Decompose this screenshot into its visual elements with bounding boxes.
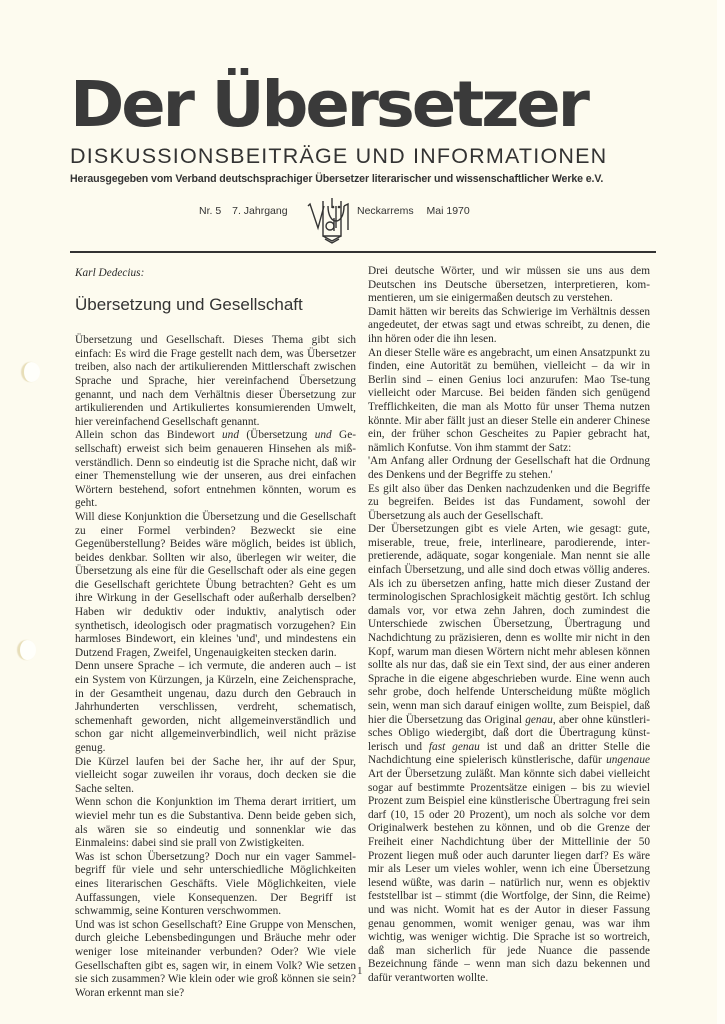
page-edge bbox=[717, 0, 725, 1024]
paragraph: Allein schon das Bindewort und (Übersetz… bbox=[75, 429, 356, 511]
magazine-subtitle: DISKUSSIONSBEITRÄGE UND INFORMATIONEN bbox=[70, 144, 660, 169]
article-column-left: Karl Dedecius: Übersetzung und Gesellsch… bbox=[75, 263, 356, 1000]
paragraph: Der Übersetzungen gibt es viele Arten, w… bbox=[368, 523, 650, 985]
punch-hole bbox=[18, 640, 36, 660]
paragraph: An dieser Stelle wäre es angebracht, um … bbox=[368, 347, 650, 456]
magazine-title: Der Übersetzer bbox=[70, 72, 684, 138]
paragraph: 'Am Anfang aller Ordnung der Gesellschaf… bbox=[368, 455, 650, 482]
issue-right: Neckarrems Mai 1970 bbox=[357, 205, 470, 217]
paragraph: Übersetzung und Gesellschaft. Dieses The… bbox=[75, 334, 356, 429]
paragraph: Und was ist schon Gesellschaft? Eine Gru… bbox=[75, 919, 356, 1001]
article-author: Karl Dedecius: bbox=[75, 267, 356, 281]
left-body: Übersetzung und Gesellschaft. Dieses The… bbox=[75, 334, 356, 1000]
page-number: 1 bbox=[357, 965, 363, 977]
issue-left: Nr. 5 7. Jahrgang bbox=[199, 205, 288, 217]
right-body: Drei deutsche Wörter, und wir müssen sie… bbox=[368, 265, 650, 985]
issue-volume: 7. Jahrgang bbox=[232, 205, 287, 217]
paragraph: Drei deutsche Wörter, und wir müssen sie… bbox=[368, 265, 650, 306]
issue-number: Nr. 5 bbox=[199, 205, 221, 217]
paragraph: Will diese Konjunktion die Übersetzung u… bbox=[75, 511, 356, 661]
paragraph: Es gilt also über das Denken nachzudenke… bbox=[368, 483, 650, 524]
masthead: Der Übersetzer DISKUSSIONSBEITRÄGE UND I… bbox=[70, 72, 660, 185]
punch-hole bbox=[22, 362, 40, 382]
paragraph: Denn unsere Sprache – ich vermute, die a… bbox=[75, 660, 356, 755]
paragraph: Wenn schon die Konjunktion im Thema dera… bbox=[75, 796, 356, 850]
paragraph: Was ist schon Übersetzung? Doch nur ein … bbox=[75, 851, 356, 919]
paragraph: Damit hätten wir bereits das Schwierige … bbox=[368, 306, 650, 347]
issue-date: Mai 1970 bbox=[427, 205, 470, 217]
article-column-right: Drei deutsche Wörter, und wir müssen sie… bbox=[368, 265, 650, 985]
publisher-line: Herausgegeben vom Verband deutschsprachi… bbox=[70, 173, 660, 185]
paragraph: Die Kürzel laufen bei der Sache her, ihr… bbox=[75, 756, 356, 797]
header-rule bbox=[70, 251, 656, 253]
article-title: Übersetzung und Gesellschaft bbox=[75, 298, 356, 312]
issue-place: Neckarrems bbox=[357, 205, 414, 217]
vdu-logo-icon bbox=[306, 198, 358, 244]
